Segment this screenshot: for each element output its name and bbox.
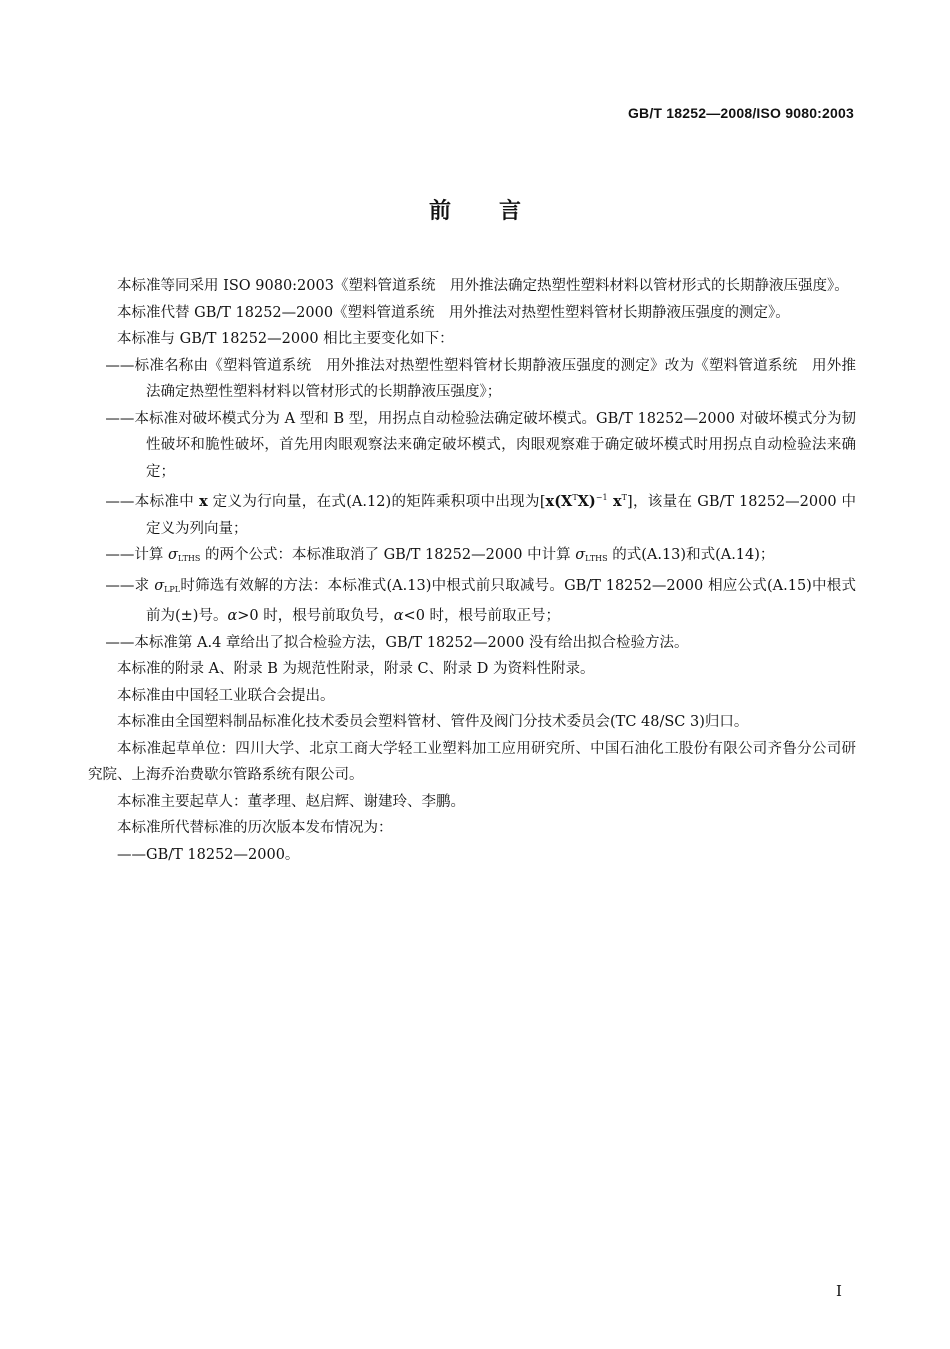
paragraph-drafting-units: 本标准起草单位：四川大学、北京工商大学轻工业塑料加工应用研究所、中国石油化工股份…	[88, 736, 856, 789]
paragraph-changes-intro: 本标准与 GB/T 18252—2000 相比主要变化如下：	[88, 326, 856, 353]
paragraph-drafters: 本标准主要起草人：董孝理、赵启辉、谢建玲、李鹏。	[88, 789, 856, 816]
page-number: I	[836, 1282, 842, 1300]
change-item-lpl-solution: ——求 σLPL时筛选有效解的方法：本标准式(A.13)中根式前只取减号。GB/…	[88, 573, 856, 630]
standard-code-header: GB/T 18252—2008/ISO 9080:2003	[628, 105, 854, 121]
change-item-fit-test: ——本标准第 A.4 章给出了拟合检验方法，GB/T 18252—2000 没有…	[88, 630, 856, 657]
title-char-2: 言	[499, 194, 521, 225]
paragraph-replacement: 本标准代替 GB/T 18252—2000《塑料管道系统 用外推法对热塑性塑料管…	[88, 300, 856, 327]
change-item-failure-mode: ——本标准对破坏模式分为 A 型和 B 型，用拐点自动检验法确定破坏模式。GB/…	[88, 406, 856, 486]
paragraph-technical-committee: 本标准由全国塑料制品标准化技术委员会塑料管材、管件及阀门分技术委员会(TC 48…	[88, 709, 856, 736]
paragraph-annexes: 本标准的附录 A、附录 B 为规范性附录，附录 C、附录 D 为资料性附录。	[88, 656, 856, 683]
change-item-row-vector: ——本标准中 x 定义为行向量，在式(A.12)的矩阵乘积项中出现为[x(XTX…	[88, 485, 856, 542]
foreword-body: 本标准等同采用 ISO 9080:2003《塑料管道系统 用外推法确定热塑性塑料…	[88, 273, 856, 868]
paragraph-previous-editions: 本标准所代替标准的历次版本发布情况为：	[88, 815, 856, 842]
paragraph-proposed-by: 本标准由中国轻工业联合会提出。	[88, 683, 856, 710]
change-item-lths-formulas: ——计算 σLTHS 的两个公式：本标准取消了 GB/T 18252—2000 …	[88, 542, 856, 573]
paragraph-adoption: 本标准等同采用 ISO 9080:2003《塑料管道系统 用外推法确定热塑性塑料…	[88, 273, 856, 300]
title-char-1: 前	[429, 194, 451, 225]
previous-edition-item: ——GB/T 18252—2000。	[88, 842, 856, 869]
page-title: 前言	[0, 194, 950, 225]
change-item-title: ——标准名称由《塑料管道系统 用外推法对热塑性塑料管材长期静液压强度的测定》改为…	[88, 353, 856, 406]
